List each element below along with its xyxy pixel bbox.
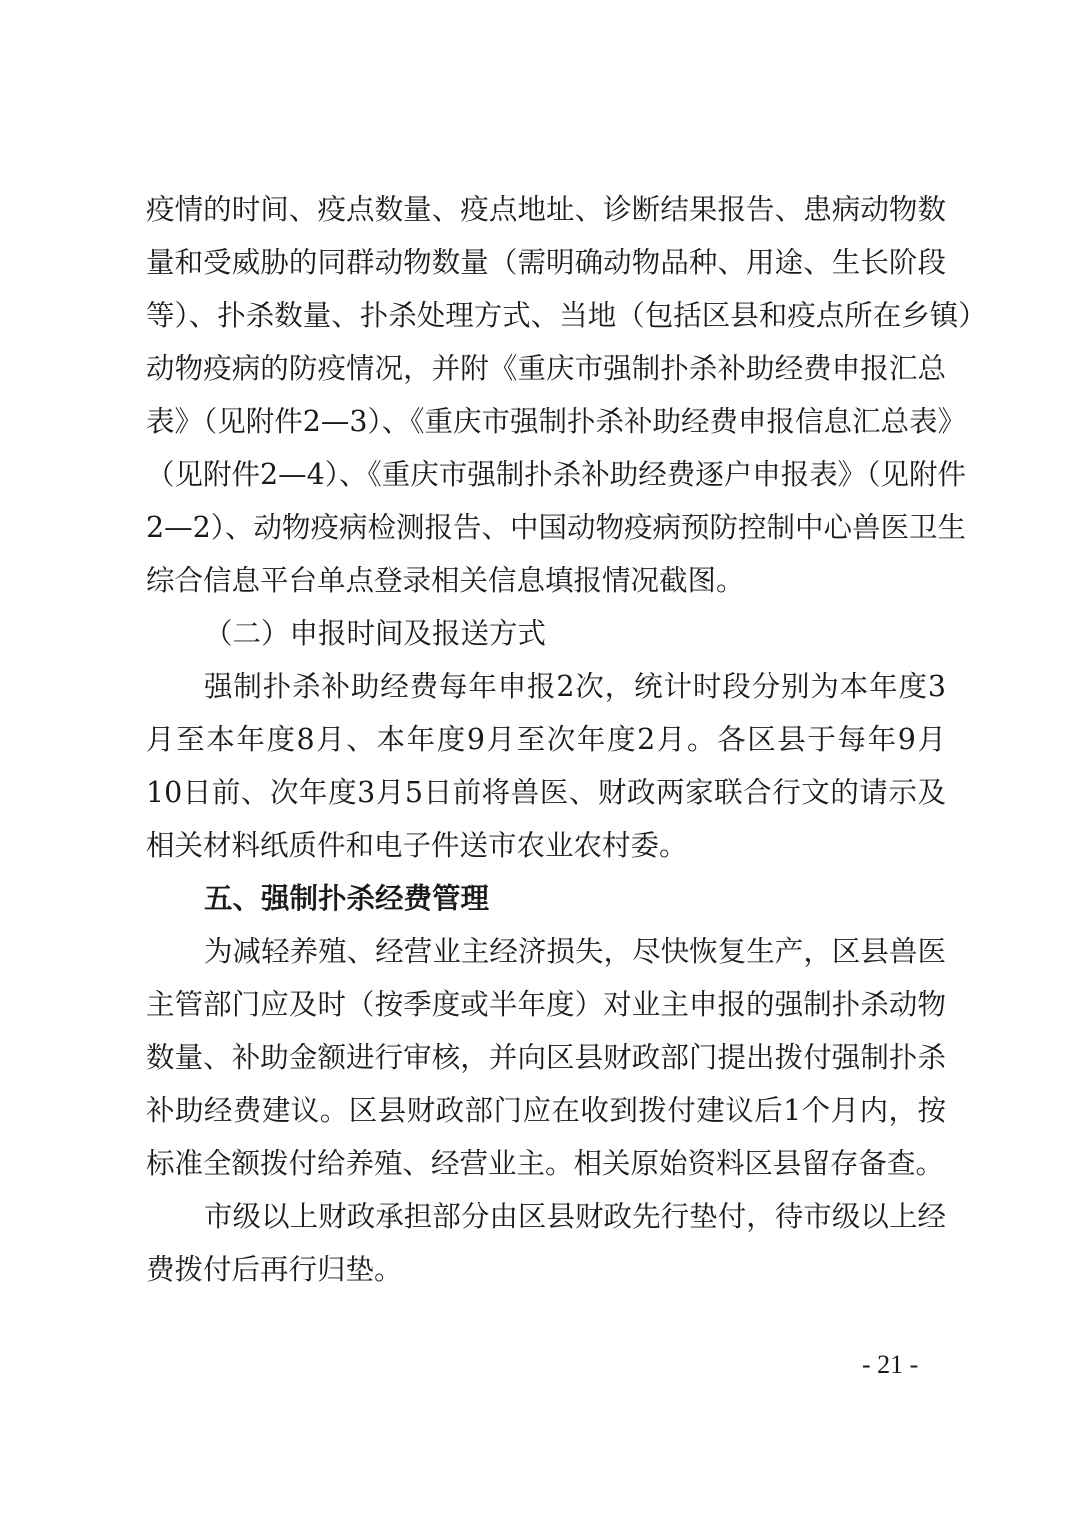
body-text-line: 主管部门应及时（按季度或半年度）对业主申报的强制扑杀动物 bbox=[146, 985, 946, 1025]
body-text-line: 动物疫病的防疫情况，并附《重庆市强制扑杀补助经费申报汇总 bbox=[146, 349, 946, 389]
body-text-line: 2—2）、动物疫病检测报告、中国动物疫病预防控制中心兽医卫生 bbox=[146, 508, 946, 548]
body-text-line: 月至本年度8月、本年度9月至次年度2月。各区县于每年9月 bbox=[146, 720, 946, 760]
body-text-line: 综合信息平台单点登录相关信息填报情况截图。 bbox=[146, 561, 946, 601]
body-text-line: 补助经费建议。区县财政部门应在收到拨付建议后1个月内，按 bbox=[146, 1091, 946, 1131]
body-text-line: 相关材料纸质件和电子件送市农业农村委。 bbox=[146, 826, 946, 866]
body-text-line: 数量、补助金额进行审核，并向区县财政部门提出拨付强制扑杀 bbox=[146, 1038, 946, 1078]
body-text-line: 为减轻养殖、经营业主经济损失，尽快恢复生产，区县兽医 bbox=[146, 932, 946, 972]
body-text-line: 标准全额拨付给养殖、经营业主。相关原始资料区县留存备查。 bbox=[146, 1144, 946, 1184]
subsection-heading: （二）申报时间及报送方式 bbox=[146, 614, 946, 654]
body-text-line: 等）、扑杀数量、扑杀处理方式、当地（包括区县和疫点所在乡镇） bbox=[146, 296, 946, 336]
body-text-line: 10日前、次年度3月5日前将兽医、财政两家联合行文的请示及 bbox=[146, 773, 946, 813]
body-text-line: 费拨付后再行归垫。 bbox=[146, 1250, 946, 1290]
page-number: - 21 - bbox=[862, 1350, 918, 1380]
body-text-line: 表》（见附件2—3）、《重庆市强制扑杀补助经费申报信息汇总表》 bbox=[146, 402, 946, 442]
body-text-line: 疫情的时间、疫点数量、疫点地址、诊断结果报告、患病动物数 bbox=[146, 190, 946, 230]
section-heading: 五、强制扑杀经费管理 bbox=[146, 879, 946, 919]
body-text-line: 市级以上财政承担部分由区县财政先行垫付，待市级以上经 bbox=[146, 1197, 946, 1237]
body-text-line: （见附件2—4）、《重庆市强制扑杀补助经费逐户申报表》（见附件 bbox=[146, 455, 946, 495]
body-text-line: 量和受威胁的同群动物数量（需明确动物品种、用途、生长阶段 bbox=[146, 243, 946, 283]
body-text-line: 强制扑杀补助经费每年申报2次，统计时段分别为本年度3 bbox=[146, 667, 946, 707]
